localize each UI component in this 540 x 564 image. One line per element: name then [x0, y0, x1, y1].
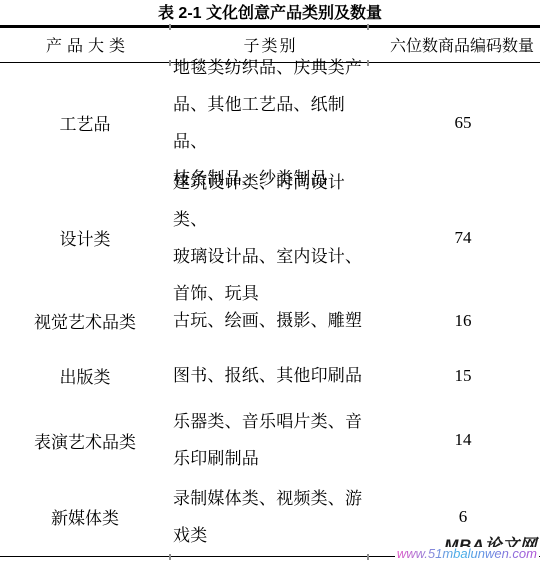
table-row: 设计类 建筑设计类、时尚设计类、 玻璃设计品、室内设计、 首饰、玩具 74: [0, 182, 540, 293]
count-cell: 74: [368, 182, 540, 293]
column-divider-tick: [367, 554, 369, 560]
document-page: 表 2-1 文化创意产品类别及数量 产品大类 子类别 六位数商品编码数量 工艺品…: [0, 0, 540, 564]
column-divider-tick: [169, 24, 171, 30]
count-cell: 14: [368, 403, 540, 477]
site-url-text[interactable]: www.51mbalunwen.com: [397, 546, 537, 561]
subcategory-cell: 古玩、绘画、摄影、雕塑: [170, 302, 362, 339]
column-divider-tick: [169, 60, 171, 66]
header-cell-code-count: 六位数商品编码数量: [368, 28, 540, 61]
category-cell: 设计类: [0, 182, 170, 293]
category-cell: 出版类: [0, 348, 170, 403]
column-divider-tick: [169, 554, 171, 560]
category-cell: 表演艺术品类: [0, 403, 170, 477]
count-cell: 16: [368, 293, 540, 348]
category-cell: 新媒体类: [0, 477, 170, 556]
subcategory-cell: 图书、报纸、其他印刷品: [170, 357, 362, 394]
subcategory-cell: 乐器类、音乐唱片类、音 乐印刷制品: [170, 403, 362, 477]
table-title: 表 2-1 文化创意产品类别及数量: [0, 3, 540, 25]
category-cell: 工艺品: [0, 63, 170, 182]
table-row: 视觉艺术品类 古玩、绘画、摄影、雕塑 16: [0, 293, 540, 348]
subcategory-cell: 建筑设计类、时尚设计类、 玻璃设计品、室内设计、 首饰、玩具: [170, 164, 368, 312]
watermark-site-url[interactable]: www.51mbalunwen.com: [395, 547, 539, 561]
count-cell: 15: [368, 348, 540, 403]
column-divider-tick: [367, 60, 369, 66]
table-body: 工艺品 地毯类纺织品、庆典类产 品、其他工艺品、纸制品、 枝条制品、纱类制品 6…: [0, 63, 540, 556]
count-cell: 65: [368, 63, 540, 182]
header-cell-category: 产品大类: [0, 28, 170, 61]
table-row: 出版类 图书、报纸、其他印刷品 15: [0, 348, 540, 403]
table-row: 表演艺术品类 乐器类、音乐唱片类、音 乐印刷制品 14: [0, 403, 540, 477]
subcategory-cell: 录制媒体类、视频类、游 戏类: [170, 480, 362, 554]
category-cell: 视觉艺术品类: [0, 293, 170, 348]
column-divider-tick: [367, 24, 369, 30]
